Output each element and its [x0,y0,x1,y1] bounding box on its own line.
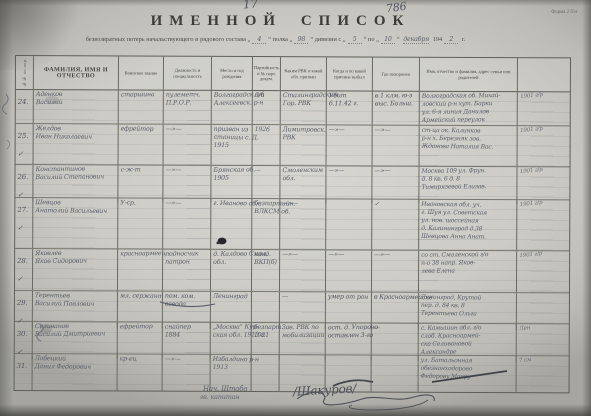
subtitle-fill-date-to: 10 [381,36,395,44]
handwritten-entry: ефрейтор [121,125,161,134]
column-header: №№ по пор. [16,56,34,89]
handwritten-entry: ская обл. 1913 г. [213,332,249,340]
cell-note: 7 см [517,356,569,392]
subtitle-text: “ дивизии с „ [310,36,345,43]
handwritten-entry: в Красноармейске [374,294,416,303]
subtitle-text: безвозвратных потерь начальствующего и р… [86,36,250,43]
handwritten-entry: старшина [121,91,161,99]
cell-fate [326,199,372,249]
handwritten-entry: Василий Дмитриевич [35,330,115,339]
handwritten-entry: Шевцова Анна Анат. [421,233,514,242]
handwritten-entry: Василий Павлович [35,300,115,309]
handwritten-entry: ВЛКСМ об. [254,208,277,216]
handwritten-entry: ВКП(б) [254,259,277,267]
handwritten-entry: Иван Николаевич [36,133,116,142]
handwritten-entry: ефрейтор [120,323,160,331]
cell-party [252,355,280,391]
subtitle-text: “ полка „ [268,36,292,43]
column-header: Имя, отчество и фамилия, адрес семьи или… [420,58,518,91]
column-header [518,58,570,91]
handwritten-entry: Алексеевск. р-н [214,100,250,108]
row-number: 30. ✓ [17,330,28,356]
table-row: 27. ✓ШевцовАнатолий ВасильевичУ-ср.—»—г.… [15,198,569,251]
cell-buried: ✓ [372,200,419,250]
cell-rvk: СталинградскимГор. РВК [281,91,327,124]
handwritten-entry: Армейский переулок [422,116,515,125]
footer-rank: гв. капитан [200,393,239,401]
handwritten-entry: выс. Больш. [375,100,417,108]
table-row: 26. ✓КонстантиновВасилий Степановичс-ж-т… [15,165,569,200]
cell-family: ул. БатальоннаяобезнанходоровоФедорову М… [419,356,517,392]
handwritten-entry: Федорову Мавру [421,373,514,382]
cell-duty: пулеметч.П.Р.О.Р. [164,91,212,124]
cell-family: Москва 109 ул. Фрун.д. 8 кв. 6 д. 8Тимир… [419,167,517,204]
handwritten-entry: — [374,324,416,332]
row-number: 27. ✓ [17,206,28,232]
column-header-label: Где похоронен [382,71,410,77]
table-row: 28. ✓ЯковлевЯков Сидоровичкрасноармеецпо… [15,249,569,293]
handwritten-entry: —»— [375,167,417,175]
handwritten-entry: —»— [374,251,416,259]
handwritten-entry: 1926 [255,126,278,134]
cell-fio: ШевцовАнатолий Васильевич [33,198,118,248]
losses-table: №№ по пор.ФАМИЛИЯ, ИМЯ И ОТЧЕСТВОВоинско… [14,55,571,393]
cell-party: канд.ВКП(б) [252,250,280,291]
cell-born: г. Иваново обл. [211,199,252,249]
cell-rank: У-ср. [118,198,163,248]
cell-buried: —»— [372,251,419,292]
handwritten-entry: Ленинград [213,293,249,301]
cell-buried [372,356,419,392]
column-header-label: Когда и по какой причине выбыл [328,68,371,79]
table-row: 31.ЛабецкийДанил Федоровичкр-ец—»—Избалд… [15,354,569,392]
cell-note: 1901 г/р [517,251,569,292]
handwritten-entry: Данил Федорович [35,363,115,372]
cell-duty: —»— [163,166,211,203]
subtitle-text: “ [397,36,400,43]
handwritten-entry: —»— [282,200,323,209]
subtitle-fill-year: 2 [444,36,458,44]
handwritten-entry: 6.11.42 г. [329,100,370,108]
handwritten-entry: Василий Степанович [35,173,115,182]
cell-rvk: Смоленскимобл. [280,166,326,203]
cell-party: 1926 [253,125,281,165]
scanned-document-page: { "page": { "form_no": "Форма 2 б/н", "d… [0,0,591,416]
cell-note: 1901 г/р [517,200,569,250]
handwritten-entry: ✓ [374,201,416,210]
cell-duty: —»— [163,199,211,249]
column-header: Должность и специальность [164,57,212,90]
handwritten-entry: РВК [283,134,324,143]
handwritten-entry: 1915 [214,142,250,150]
cell-fio: АденковВасилий [34,90,119,123]
column-header-label: ФАМИЛИЯ, ИМЯ И ОТЧЕСТВО [35,67,117,79]
cell-fio: ЯковлевЯков Сидорович [33,249,118,290]
cell-duty: —»— [164,125,212,165]
footer-title: Нач. Штаба [203,385,247,393]
cell-buried: в 1 клм. ю-звыс. Больш. [373,92,420,125]
row-number-cell: 27. ✓ [15,198,33,248]
handwritten-entry: —»— [329,167,370,175]
cell-note: 1901 г/р [518,92,570,125]
handwritten-entry: — [255,167,278,175]
cell-rank: старшина [119,90,164,123]
column-header-label: Место и год рождения [213,68,251,79]
handwritten-entry: Жданова Наталия Вас. [422,143,515,152]
column-header: ФАМИЛИЯ, ИМЯ И ОТЧЕСТВО [34,56,119,89]
cell-rvk: Димитровск.РВК [281,125,327,165]
handwritten-entry: 1921 [254,332,277,340]
handwritten-entry: взвода [165,301,208,310]
cell-rvk: —»— [280,199,326,249]
handwritten-page-number: 17 [243,0,259,12]
handwritten-entry: Тимирязевой Елизав. [421,183,514,192]
row-number: 31. [17,362,28,370]
table-body: 24.АденковВасилийстаршинапулеметч.П.Р.О.… [15,90,570,392]
handwritten-entry: 1884 [165,331,208,339]
table-header-row: №№ по пор.ФАМИЛИЯ, ИМЯ И ОТЧЕСТВОВоинско… [16,56,570,92]
handwritten-entry: оставлен 3-го [328,332,369,340]
handwritten-entry: —»— [282,251,323,259]
column-header: Место и год рождения [212,57,253,90]
cell-rank: красноармеец [118,249,163,290]
cell-fate: —»— [326,166,372,203]
row-number: 24. [18,98,29,106]
table-row: 29. ✓ТерентьевВасилий Павловичмл. сержан… [15,291,569,324]
subtitle-text: г. [462,36,465,43]
handwritten-entry: Анатолий Васильевич [35,207,115,216]
handwritten-entry: мобилизации [282,332,323,340]
cell-fio: ЛабецкийДанил Федорович [33,354,118,390]
handwritten-entry: Терентьева Ольга [421,310,514,319]
column-header: Воинское звание [119,56,164,89]
handwritten-entry: Василий [36,98,116,107]
column-header: Партийность и № парт. докум. [253,57,281,90]
handwritten-entry: Гор. РВК [283,100,324,108]
column-header-label: Должность и специальность [165,68,210,79]
cell-fio: ЖелдовИван Николаевич [34,124,119,164]
cell-family: ст-ца ок. Калинковр-н х. Березняк зов.Жд… [420,126,518,166]
handwritten-entry: красноармеец [120,250,160,258]
table-row: 24.АденковВасилийстаршинапулеметч.П.Р.О.… [16,90,570,126]
handwritten-entry: —»— [166,166,209,174]
cell-duty: подносчикпатрон [163,250,211,291]
cell-rank: кр-ец [118,354,163,390]
column-header-label: Имя, отчество и фамилия, адрес семьи или… [421,69,516,81]
handwritten-entry: лева Елена [421,267,514,276]
table-row: 25. ✓ЖелдовИван Николаевичефрейтор—»—при… [16,124,570,167]
handwritten-entry: Яков Сидорович [35,257,115,266]
row-number: 25. ✓ [18,132,29,158]
handwritten-entry: г. Иваново обл. [213,200,249,208]
subtitle-fill-division: 98 [294,36,308,44]
handwritten-entry: —»— [375,127,417,136]
page-title: ИМЕННОЙ СПИСОК [0,13,561,30]
handwritten-entry: 1905 [213,175,249,183]
cell-note: 1901 г/р [518,126,570,166]
cell-born: д. Калдово Смол.обл. [211,250,252,291]
handwritten-entry: —»— [165,200,208,209]
handwritten-entry: 1913 [213,364,249,372]
cell-born: Брянская об.1905 [211,166,252,203]
column-header: Каким РВК и какой обл. призван [281,57,327,90]
handwritten-entry: с-ж-т [121,166,161,174]
handwritten-entry: —»— [328,251,369,259]
handwritten-entry: кр-ец [120,355,160,364]
cell-family: Волгоградская об. Михай-ловский р-н хут.… [420,92,518,125]
handwritten-entry: —»— [329,126,370,135]
handwritten-entry: —»— [166,126,209,135]
handwritten-entry: обл. [213,259,249,267]
cell-party: б/п [253,91,281,124]
handwritten-entry: умер от ран [328,293,369,302]
subtitle-text: 194 [433,36,442,43]
row-number: 28. ✓ [17,257,28,283]
cell-party: — [252,166,280,203]
subtitle-text: “ по „ [364,36,379,43]
row-number-cell: 28. ✓ [15,249,33,290]
handwritten-entry: — [282,293,323,302]
subtitle-fill-month: декабря [403,36,429,44]
cell-family: Ивановская обл. уч.г. Шуя ул. Советскаяу… [419,200,517,250]
cell-fate: —»— [326,250,372,291]
handwritten-entry: П.Р.О.Р. [166,99,209,107]
cell-buried: —»— [372,167,419,204]
cell-rank: ефрейтор [119,124,164,164]
column-header: Где похоронен [373,58,420,91]
handwritten-entry: —»— [165,356,208,365]
row-number-cell: 31. [15,354,33,390]
column-header-label: Воинское звание [125,70,158,76]
subtitle-fill-unit: 4 [252,36,266,44]
handwritten-entry: обл. [282,175,323,183]
row-number-cell: 26. ✓ [15,165,33,202]
table-row: 30. ✓СеливановВасилий Дмитриевичефрейтор… [15,322,569,356]
cell-rank: с-ж-т [118,165,163,202]
handwritten-entry: патрон [165,258,208,266]
subtitle-fill-date-from: 5 [348,36,362,44]
cell-born: призван изстаницы с. Д.1915 [212,125,253,165]
column-header-label: №№ по пор. [22,58,28,87]
cell-fio: КонстантиновВасилий Степанович [33,165,118,202]
cell-family: со ст. Смоленской г/оп-о 38 напр. Яков-л… [419,251,517,292]
handwritten-entry: мл. сержант [120,292,160,301]
handwritten-entry: У-ср. [120,199,160,208]
handwritten-entry: безпарт. [254,324,277,332]
cell-rvk: —»— [280,250,326,291]
cell-party: безпартийн.ВЛКСМ об. [252,199,280,249]
column-header-label: Партийность и № парт. докум. [254,65,280,82]
column-header-label: Каким РВК и какой обл. призван [282,68,325,79]
document-subtitle: безвозвратных потерь начальствующего и р… [0,36,551,44]
cell-buried: —»— [373,126,420,166]
row-number-cell: 24. [16,90,34,123]
row-number-cell: 25. ✓ [16,124,34,164]
cell-born: Волгоградск. обАлексеевск. р-н [212,91,253,124]
row-number: 26. ✓ [17,173,28,199]
cell-fate: Убит6.11.42 г. [327,91,373,124]
cell-fate: —»— [327,125,373,165]
handwritten-entry: б/п [255,92,278,100]
column-header: Когда и по какой причине выбыл [327,57,373,90]
handwritten-entry: канд. [254,251,277,259]
handwritten-entry [328,200,369,201]
